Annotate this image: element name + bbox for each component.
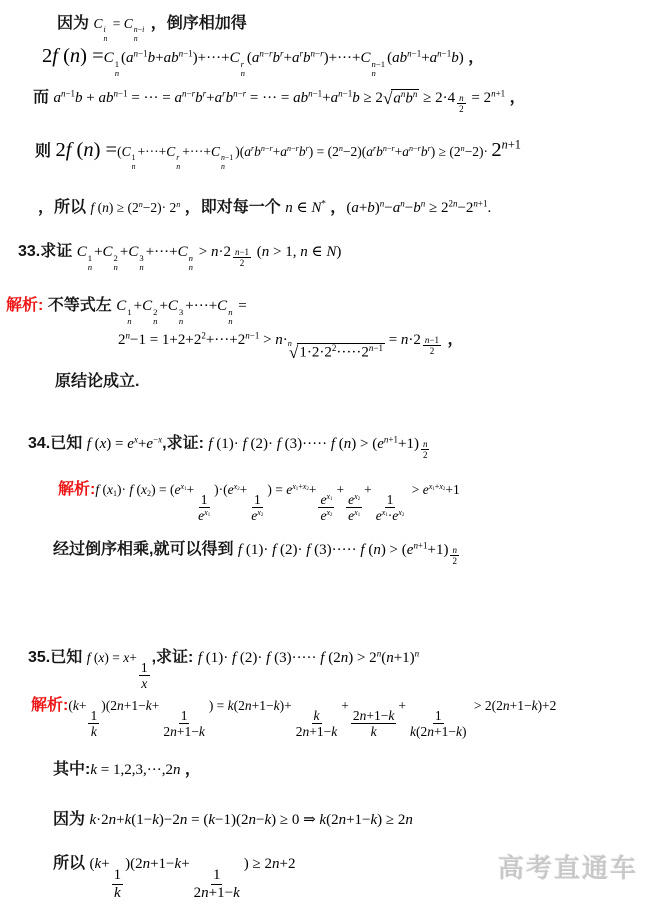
text-segment: ， bbox=[505, 89, 525, 106]
document-page: 因为 Cin = Cn−in ，倒序相加得 2f (n) =C1n(an−1b+… bbox=[0, 0, 646, 905]
problem-33-derivation: 2n−1 = 1+2+22+···+2n−1 > n·n√1·2·22·····… bbox=[118, 326, 463, 361]
text-segment: 则 bbox=[35, 143, 55, 160]
math-segment: f (n) ≥ (2n−2)· 2n bbox=[90, 200, 180, 215]
watermark: 高考直通车 bbox=[498, 848, 638, 885]
text-segment: 35.已知 bbox=[28, 649, 87, 666]
problem-33-analysis: 解析: 不等式左 C1n+C2n+C3n+···+Cnn = bbox=[6, 292, 247, 327]
math-segment: C1n+C2n+C3n+···+Cnn > n·2n−12 (n > 1, n … bbox=[77, 244, 342, 260]
text-segment: ，倒序相加得 bbox=[146, 15, 246, 32]
text-segment: 所以 bbox=[53, 855, 89, 872]
math-segment: n ∈ N* bbox=[285, 200, 326, 216]
problem-34-conclusion: 经过倒序相乘,就可以得到 f (1)· f (2)· f (3)····· f … bbox=[53, 536, 461, 566]
formula-2fn-expansion: 2f (n) =C1n(an−1b+abn−1)+···+Crn(an−rbr+… bbox=[42, 44, 484, 79]
text-segment: 原结论成立. bbox=[55, 373, 139, 390]
math-segment: Cin = Cn−in bbox=[93, 16, 146, 31]
text-segment: 34.已知 bbox=[28, 435, 87, 452]
math-segment: f (1)· f (2)· f (3)····· f (n) > (en+1+1… bbox=[238, 542, 461, 558]
text-segment: 而 bbox=[33, 89, 53, 106]
math-segment: f (x) = x+1x bbox=[87, 650, 152, 665]
math-segment: C1n+C2n+C3n+···+Cnn = bbox=[116, 298, 247, 314]
text-segment: ， bbox=[464, 49, 484, 66]
problem-35-analysis: 解析:(k+1k)(2n+1−k+12n+1−k) = k(2n+1−k)+k2… bbox=[31, 692, 556, 739]
text-segment: 因为 bbox=[57, 15, 93, 32]
analysis-label: 解析: bbox=[58, 481, 95, 498]
math-segment: C1n(an−1b+abn−1)+···+Crn(an−rbr+arbn−r)+… bbox=[104, 50, 464, 66]
text-segment: ， bbox=[443, 331, 463, 348]
math-segment: f (x) = ex+e−x bbox=[87, 436, 162, 452]
math-segment: an−1b + abn−1 = ··· = an−rbr+arbn−r = ··… bbox=[53, 90, 505, 106]
problem-34-statement: 34.已知 f (x) = ex+e−x,求证: f (1)· f (2)· f… bbox=[28, 430, 431, 460]
text-segment: 其中: bbox=[53, 761, 90, 778]
proof-line-reverse-order-add: 因为 Cin = Cn−in ，倒序相加得 bbox=[57, 10, 247, 44]
text-segment: ，即对每一个 bbox=[180, 199, 285, 216]
math-segment: f (1)· f (2)· f (3)····· f (n) > (en+1+1… bbox=[208, 436, 431, 452]
math-segment: 2n+1 bbox=[491, 139, 521, 161]
text-segment: 33.求证 bbox=[18, 243, 77, 260]
math-segment: (k+1k)(2n+1−k+12n+1−k) ≥ 2n+2 bbox=[89, 856, 295, 872]
problem-34-analysis: 解析:f (x1)· f (x2) = (ex1+1ex1)·(ex2+1ex2… bbox=[58, 476, 460, 523]
problem-33-statement: 33.求证 C1n+C2n+C3n+···+Cnn > n·2n−12 (n >… bbox=[18, 238, 341, 273]
math-segment: (k+1k)(2n+1−k+12n+1−k) = k(2n+1−k)+k2n+1… bbox=[68, 698, 556, 713]
problem-35-k-range: 其中:k = 1,2,3,···,2n ， bbox=[53, 756, 201, 779]
text-segment: ， bbox=[180, 761, 200, 778]
formula-term-inequality: 而 an−1b + abn−1 = ··· = an−rbr+arbn−r = … bbox=[33, 84, 526, 114]
formula-2fn-bound: 则 2f (n) =(C1n+···+Crn+···+Cn−1n)(arbn−r… bbox=[35, 138, 521, 172]
analysis-label: 解析: bbox=[6, 297, 43, 314]
math-segment: 2f (n) = bbox=[42, 45, 104, 67]
analysis-label: 解析: bbox=[31, 697, 68, 714]
text-segment: 不等式左 bbox=[43, 297, 116, 314]
text-segment: ,求证: bbox=[162, 435, 208, 452]
conclusion-problem-32: ，所以 f (n) ≥ (2n−2)· 2n ，即对每一个 n ∈ N* ，(a… bbox=[38, 194, 491, 217]
math-segment: 2n−1 = 1+2+22+···+2n−1 > n·n√1·2·22·····… bbox=[118, 332, 443, 348]
problem-35-k-inequality: 因为 k·2n+k(1−k)−2n = (k−1)(2n−k) ≥ 0 ⇒ k(… bbox=[53, 806, 413, 829]
text-segment: 因为 bbox=[53, 811, 89, 828]
problem-35-conclusion: 所以 (k+1k)(2n+1−k+12n+1−k) ≥ 2n+2 bbox=[53, 850, 295, 902]
math-segment: f (1)· f (2)· f (3)····· f (2n) > 2n(n+1… bbox=[198, 650, 419, 666]
math-segment: k = 1,2,3,···,2n bbox=[90, 762, 180, 778]
math-segment: k·2n+k(1−k)−2n = (k−1)(2n−k) ≥ 0 ⇒ k(2n+… bbox=[89, 812, 412, 828]
problem-35-statement: 35.已知 f (x) = x+1x,求证: f (1)· f (2)· f (… bbox=[28, 644, 419, 691]
math-segment: (a+b)n−an−bn ≥ 22n−2n+1. bbox=[346, 200, 491, 216]
math-segment: (C1n+···+Crn+···+Cn−1n)(arbn−r+an−rbr) =… bbox=[117, 144, 491, 159]
text-segment: ,求证: bbox=[152, 649, 198, 666]
math-segment: 2f (n) = bbox=[55, 139, 117, 161]
text-segment: 经过倒序相乘,就可以得到 bbox=[53, 541, 238, 558]
text-segment: ， bbox=[326, 199, 346, 216]
problem-33-conclusion: 原结论成立. bbox=[55, 368, 139, 391]
math-segment: f (x1)· f (x2) = (ex1+1ex1)·(ex2+1ex2) =… bbox=[95, 482, 459, 497]
text-segment: ，所以 bbox=[38, 199, 90, 216]
